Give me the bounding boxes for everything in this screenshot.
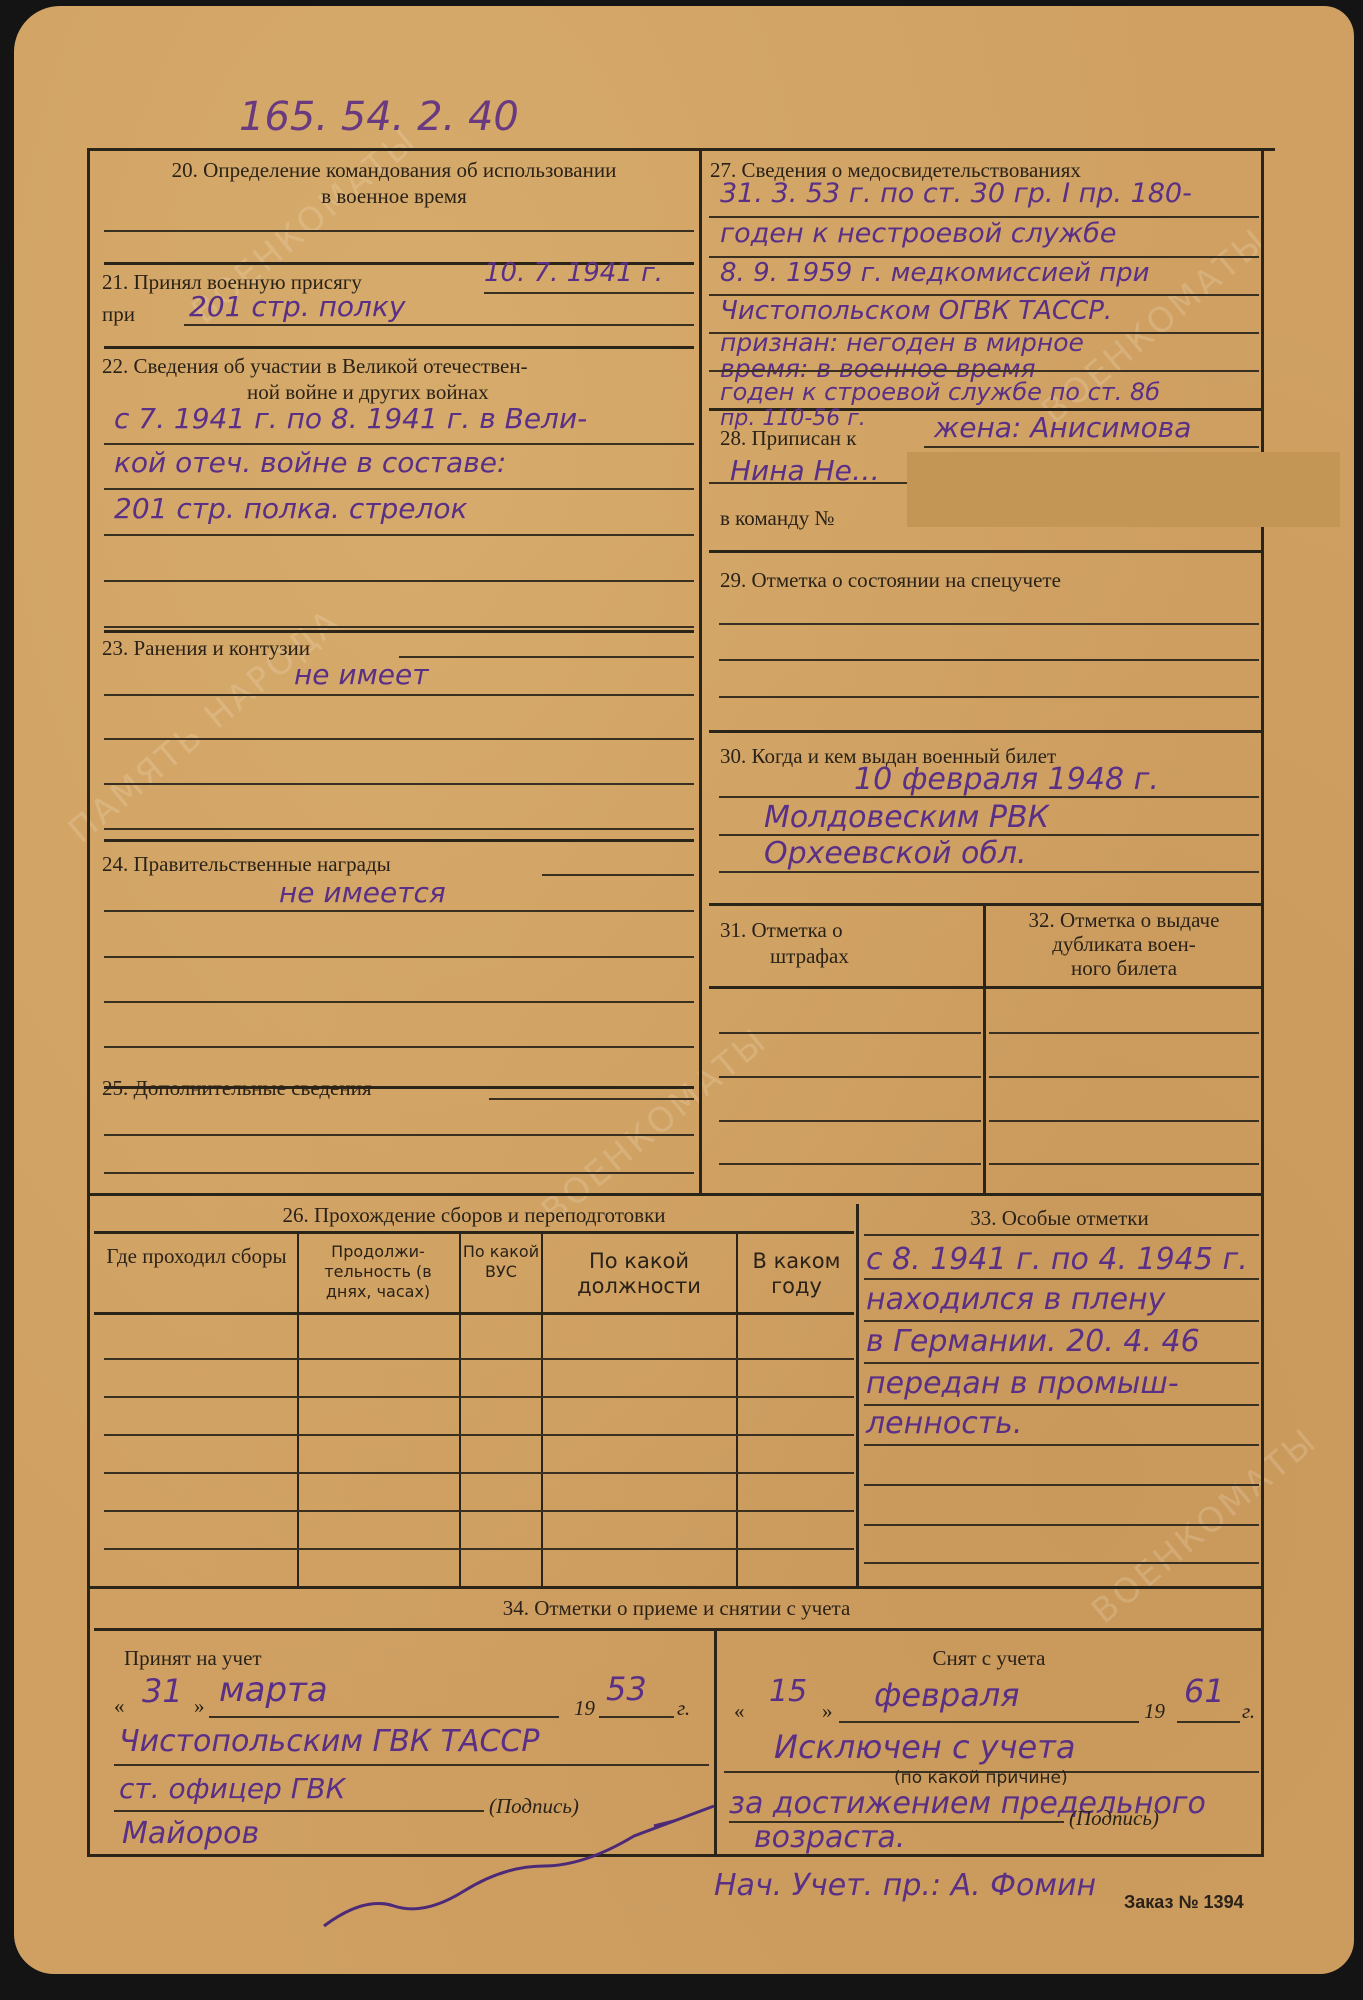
removed-reason-caption: (по какой причине)	[894, 1768, 1068, 1788]
s23-label: 23. Ранения и контузии	[102, 636, 310, 661]
removed-year-g: г.	[1242, 1699, 1255, 1724]
removed-signature-label: (Подпись)	[1069, 1806, 1159, 1831]
s27-line: годен к нестроевой службе	[720, 218, 1116, 249]
s22-line-1: с 7. 1941 г. по 8. 1941 г. в Вели-	[114, 402, 587, 435]
s32-label-3: ного билета	[989, 956, 1259, 981]
s33-line-4: передан в промыш-	[866, 1366, 1179, 1401]
table-row-line	[104, 1548, 854, 1550]
ruled-line	[1177, 1721, 1240, 1723]
section-divider	[87, 1586, 1264, 1589]
col-header-year: В каком году	[739, 1249, 854, 1299]
section-divider	[709, 730, 1264, 733]
ruled-line	[184, 324, 694, 326]
ruled-line	[839, 1721, 1139, 1723]
redaction-block	[907, 452, 1340, 527]
ruled-line	[719, 623, 1259, 625]
ruled-line	[484, 292, 694, 294]
s24-value: не имеется	[279, 876, 446, 909]
table-header-bottom	[94, 1312, 854, 1315]
column-divider	[699, 148, 702, 1193]
ruled-line	[719, 659, 1259, 661]
ruled-line	[864, 1562, 1259, 1564]
document-paper: ВОЕНКОМАТЫ ПАМЯТЬ НАРОДА ВОЕНКОМАТЫ ВОЕН…	[14, 6, 1354, 1974]
quote-close: »	[822, 1699, 833, 1724]
removed-month: февраля	[874, 1676, 1020, 1714]
ruled-line	[599, 1716, 674, 1718]
s22-line-2: кой отеч. войне в составе:	[114, 446, 506, 479]
s33-line-1: с 8. 1941 г. по 4. 1945 г.	[866, 1242, 1248, 1277]
section-divider	[104, 630, 694, 633]
col-header-place: Где проходил сборы	[99, 1244, 294, 1268]
section-divider	[87, 1193, 1264, 1196]
s31-s32-divider	[983, 903, 986, 1193]
frame-right	[1261, 148, 1264, 1856]
s30-line-1: 10 февраля 1948 г.	[854, 762, 1159, 797]
table-row-line	[104, 1434, 854, 1436]
accepted-label: Принят на учет	[124, 1646, 262, 1671]
ruled-line	[719, 1163, 981, 1165]
ruled-line	[542, 874, 694, 876]
s20-label-2: в военное время	[94, 184, 694, 209]
ruled-line	[104, 910, 694, 912]
accepted-year-g: г.	[677, 1696, 690, 1721]
quote-open: «	[734, 1699, 745, 1724]
watermark: ВОЕНКОМАТЫ	[534, 1020, 775, 1232]
s21-date-value: 10. 7. 1941 г.	[484, 258, 663, 288]
s33-line-5: ленность.	[866, 1406, 1022, 1441]
section-divider	[104, 346, 694, 349]
s25-label: 25. Дополнительные сведения	[102, 1076, 372, 1101]
column-line	[541, 1233, 543, 1586]
ruled-line	[989, 1163, 1259, 1165]
section-divider	[94, 1628, 1264, 1631]
accepted-by-line-3: Майоров	[122, 1816, 259, 1851]
ruled-line	[864, 1524, 1259, 1526]
accepted-by-line-1: Чистопольским ГВК ТАССР	[119, 1724, 539, 1759]
quote-open: «	[114, 1694, 125, 1719]
removed-reason-1: Исключен с учета	[774, 1728, 1075, 1766]
column-line	[459, 1233, 461, 1586]
order-number: Заказ № 1394	[1124, 1892, 1244, 1913]
removed-label: Снят с учета	[719, 1646, 1259, 1671]
ruled-line	[104, 694, 694, 696]
ruled-line	[104, 1046, 694, 1048]
section-divider	[709, 903, 1264, 906]
ruled-line	[104, 828, 694, 830]
ruled-line	[719, 1032, 981, 1034]
ruled-line	[489, 1098, 694, 1100]
ruled-line	[104, 1134, 694, 1136]
ruled-line	[864, 1278, 1259, 1280]
s31-label-2: штрафах	[770, 944, 849, 969]
archive-number: 165. 54. 2. 40	[239, 94, 519, 140]
accepted-month: марта	[219, 1670, 328, 1710]
ruled-line	[114, 1764, 709, 1766]
s24-label: 24. Правительственные награды	[102, 852, 391, 877]
ruled-line	[104, 626, 694, 628]
col-header-position: По какой должности	[544, 1249, 734, 1299]
removed-day: 15	[769, 1674, 807, 1709]
signature-scribble	[304, 1786, 734, 1946]
frame-left	[87, 148, 90, 1856]
ruled-line	[719, 796, 1259, 798]
s28-team-label: в команду №	[720, 506, 835, 531]
ruled-line	[104, 488, 694, 490]
ruled-line	[399, 656, 694, 658]
s30-line-2: Молдовеским РВК	[764, 800, 1049, 835]
removed-year: 61	[1184, 1672, 1225, 1710]
ruled-line	[104, 580, 694, 582]
ruled-line	[719, 1120, 981, 1122]
ruled-line	[864, 1320, 1259, 1322]
ruled-line	[864, 1444, 1259, 1446]
ruled-line	[989, 1032, 1259, 1034]
s21-pri-label: при	[102, 302, 135, 327]
removed-year-prefix: 19	[1144, 1699, 1165, 1724]
ruled-line	[709, 370, 1259, 372]
s34-label: 34. Отметки о приеме и снятии с учета	[94, 1596, 1259, 1621]
ruled-line	[104, 1172, 694, 1174]
ruled-line	[104, 534, 694, 536]
s33-line-2: находился в плену	[866, 1282, 1165, 1317]
s21-unit-value: 201 стр. полку	[189, 290, 405, 323]
s27-line: 8. 9. 1959 г. медкомиссией при	[720, 258, 1150, 288]
s33-line-3: в Германии. 20. 4. 46	[866, 1324, 1200, 1359]
s32-label-2: дубликата воен-	[989, 932, 1259, 957]
accepted-year-prefix: 19	[574, 1696, 595, 1721]
s32-label: 32. Отметка о выдаче	[989, 908, 1259, 933]
ruled-line	[924, 446, 1259, 448]
removed-reason-3: возраста.	[754, 1820, 905, 1855]
col-header-vus: По какой ВУС	[461, 1242, 541, 1282]
accepted-year: 53	[606, 1670, 647, 1708]
ruled-line	[864, 1484, 1259, 1486]
table-row-line	[104, 1358, 854, 1360]
column-line	[736, 1233, 738, 1586]
ruled-line	[209, 1716, 559, 1718]
ruled-line	[104, 783, 694, 785]
s29-label: 29. Отметка о состоянии на спецучете	[720, 568, 1061, 593]
ruled-line	[104, 1001, 694, 1003]
table-row-line	[104, 1510, 854, 1512]
ruled-line	[989, 1120, 1259, 1122]
s28-label: 28. Приписан к	[720, 426, 856, 451]
ruled-line	[719, 1076, 981, 1078]
s26-label: 26. Прохождение сборов и переподготовки	[94, 1203, 854, 1228]
table-header-top	[94, 1231, 854, 1234]
ruled-line	[104, 738, 694, 740]
ruled-line	[719, 871, 1259, 873]
frame-top	[87, 148, 1275, 151]
s20-label: 20. Определение командования об использо…	[94, 158, 694, 183]
s23-value: не имеет	[294, 658, 429, 691]
col-header-duration: Продолжи- тельность (в днях, часах)	[300, 1242, 456, 1302]
s22-label: 22. Сведения об участии в Великой отечес…	[102, 354, 528, 379]
s33-label: 33. Особые отметки	[862, 1206, 1257, 1231]
s31-label: 31. Отметка о	[720, 918, 843, 943]
s27-line: 31. 3. 53 г. по ст. 30 гр. I пр. 180-	[720, 178, 1192, 209]
s27-line: годен к строевой службе по ст. 8б	[720, 378, 1160, 406]
ruled-line	[104, 230, 694, 232]
quote-close: »	[194, 1694, 205, 1719]
section-divider	[104, 839, 694, 842]
section-divider	[709, 550, 1264, 553]
ruled-line	[104, 443, 694, 445]
accepted-day: 31	[142, 1672, 183, 1710]
s28-value-1: жена: Анисимова	[934, 411, 1191, 444]
s30-line-3: Орхеевской обл.	[764, 836, 1027, 871]
table-row-line	[104, 1472, 854, 1474]
s27-line: признан: негоден в мирное	[720, 328, 1084, 357]
s27-line: Чистопольском ОГВК ТАССР.	[720, 296, 1112, 326]
ruled-line	[989, 1076, 1259, 1078]
footer-signature: Нач. Учет. пр.: А. Фомин	[714, 1868, 1096, 1903]
ruled-line	[864, 1234, 1259, 1236]
column-line	[297, 1233, 299, 1586]
s26-s33-divider	[856, 1204, 859, 1586]
ruled-line	[104, 956, 694, 958]
ruled-line	[719, 696, 1259, 698]
section-divider	[709, 986, 1264, 989]
ruled-line	[864, 1362, 1259, 1364]
table-row-line	[104, 1396, 854, 1398]
s22-line-3: 201 стр. полка. стрелок	[114, 492, 467, 525]
